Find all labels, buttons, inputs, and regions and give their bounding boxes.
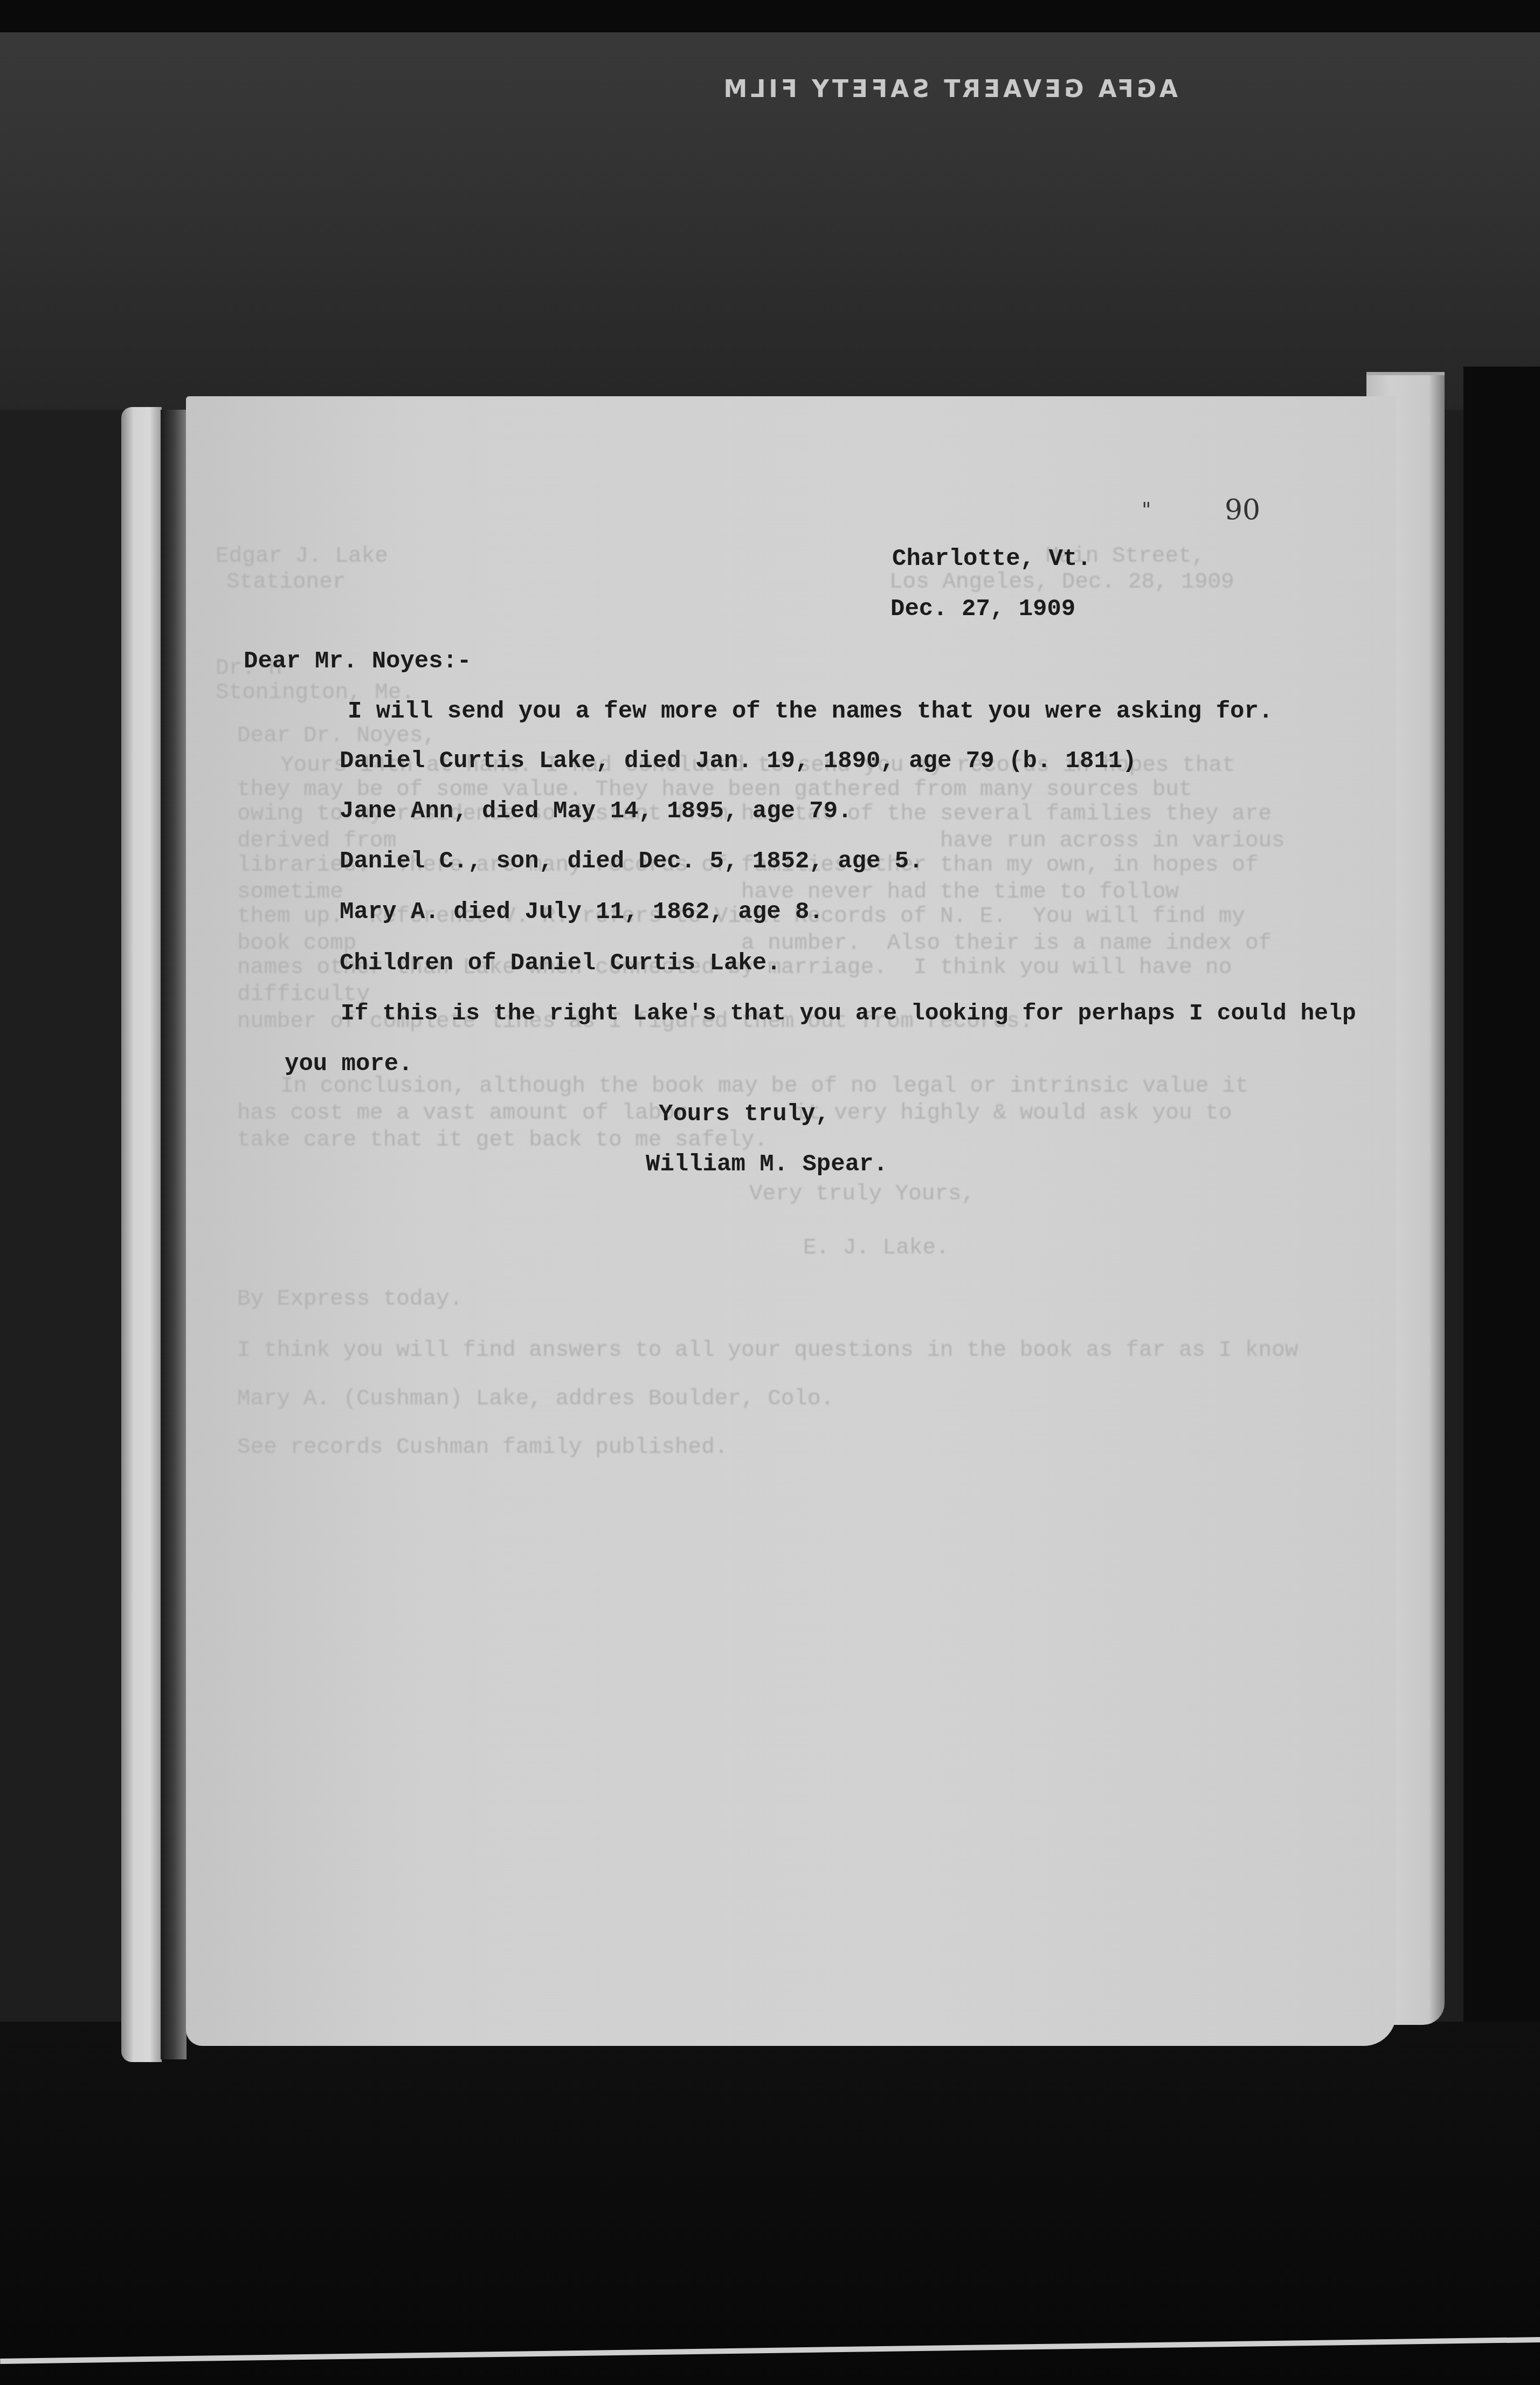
folio-number: 90	[1225, 496, 1260, 524]
letter-place: Charlotte, Vt.	[892, 547, 1092, 571]
bleed-letterhead-title: Stationer	[226, 571, 346, 594]
bleed-signature: E. J. Lake.	[803, 1237, 949, 1259]
bleed-postscript-line: By Express today.	[237, 1288, 462, 1311]
letter-intro: I will send you a few more of the names …	[348, 700, 1273, 723]
film-border-bottom	[0, 2022, 1540, 2385]
record-daniel-c: Daniel C., son, died Dec. 5, 1852, age 5…	[340, 850, 923, 873]
letter-closing-line2: you more.	[285, 1052, 413, 1076]
bleed-valediction: Very truly Yours,	[749, 1183, 975, 1205]
film-edge	[0, 0, 1540, 32]
record-jane-ann: Jane Ann, died May 14, 1895, age 79.	[340, 799, 852, 823]
record-mary-a: Mary A. died July 11, 1862, age 8.	[340, 900, 824, 924]
letter-closing-line1: If this is the right Lake's that you are…	[341, 1002, 1356, 1025]
book-gutter	[161, 410, 187, 2059]
bleed-postscript-line: I think you will find answers to all you…	[237, 1340, 1298, 1362]
bleed-postscript-line: See records Cushman family published.	[237, 1437, 728, 1459]
bleed-address-date: Los Angeles, Dec. 28, 1909	[889, 571, 1234, 594]
bleed-line: In conclusion, although the book may be …	[280, 1076, 1248, 1098]
bleed-line: take care that it get back to me safely.	[237, 1129, 768, 1152]
film-edge-stamp: AGFA GEVAERT SAFETY FILM	[833, 75, 1178, 102]
film-border-right	[1463, 367, 1540, 2038]
bleed-salutation: Dear Dr. Noyes,	[237, 725, 436, 747]
letter-salutation: Dear Mr. Noyes:-	[244, 650, 471, 673]
letter-children-note: Children of Daniel Curtis Lake.	[340, 952, 781, 975]
film-border-top	[0, 0, 1540, 410]
folio-mark: "	[1142, 499, 1151, 520]
bleed-postscript-line: Mary A. (Cushman) Lake, addres Boulder, …	[237, 1388, 834, 1410]
bleed-letterhead-name: Edgar J. Lake	[216, 546, 388, 568]
document-page	[186, 396, 1396, 2046]
letter-valediction: Yours truly,	[659, 1102, 830, 1126]
letter-date: Dec. 27, 1909	[890, 597, 1075, 621]
left-page-edge	[121, 407, 162, 2062]
letter-signature: William M. Spear.	[646, 1153, 888, 1176]
record-daniel-curtis-lake: Daniel Curtis Lake, died Jan. 19, 1890, …	[340, 749, 1137, 773]
